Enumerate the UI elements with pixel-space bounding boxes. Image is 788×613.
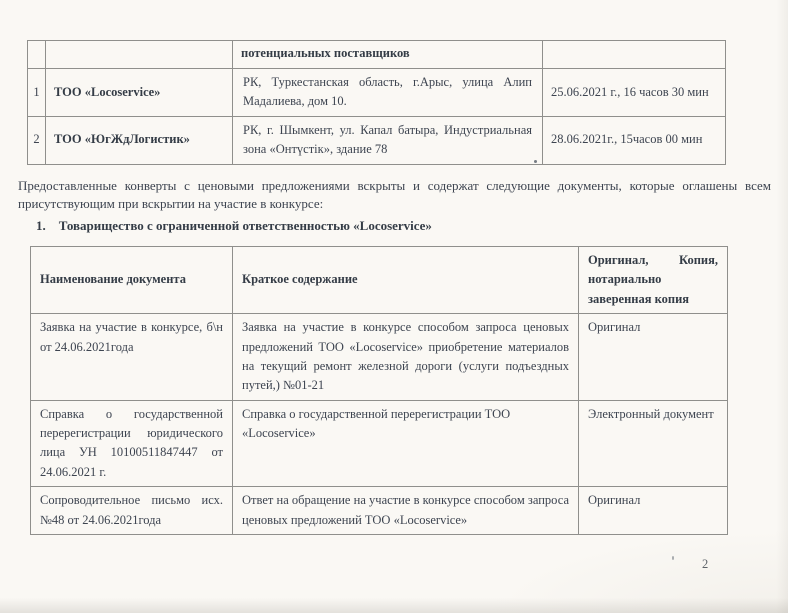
supplier-row-number: 2 xyxy=(28,116,46,164)
supplier-name: ТОО «ЮгЖдЛогистик» xyxy=(46,116,233,164)
documents-header-form: Оригинал, Копия, нотариально заверенная … xyxy=(579,247,728,314)
supplier-row: 2 ТОО «ЮгЖдЛогистик» РК, г. Шымкент, ул.… xyxy=(28,116,726,164)
supplier-address: РК, Туркестанская область, г.Арыс, улица… xyxy=(233,69,543,117)
documents-header-name: Наименование документа xyxy=(31,247,233,314)
documents-header-summary: Краткое содержание xyxy=(233,247,579,314)
document-row: Справка о государственной перерегистраци… xyxy=(31,400,728,487)
document-form: Оригинал xyxy=(579,314,728,401)
document-name: Сопроводительное письмо исх. №48 от 24.0… xyxy=(31,487,233,535)
document-row: Сопроводительное письмо исх. №48 от 24.0… xyxy=(31,487,728,535)
document-form: Оригинал xyxy=(579,487,728,535)
suppliers-table: потенциальных поставщиков 1 ТОО «Locoser… xyxy=(27,40,726,165)
suppliers-header-row: потенциальных поставщиков xyxy=(28,41,726,69)
supplier-address: РК, г. Шымкент, ул. Капал батыра, Индуст… xyxy=(233,116,543,164)
supplier-row-number: 1 xyxy=(28,69,46,117)
suppliers-header-datetime-cell xyxy=(543,41,726,69)
section-heading: 1.Товарищество с ограниченной ответствен… xyxy=(36,218,432,234)
scan-artifact-dot xyxy=(534,160,537,163)
scan-artifact-dot xyxy=(672,556,674,560)
documents-header-row: Наименование документа Краткое содержани… xyxy=(31,247,728,314)
supplier-datetime: 28.06.2021г., 15часов 00 мин xyxy=(543,116,726,164)
document-summary: Справка о государственной перерегистраци… xyxy=(233,400,579,487)
scanned-document-page: потенциальных поставщиков 1 ТОО «Locoser… xyxy=(0,0,788,613)
document-name: Заявка на участие в конкурсе, б\н от 24.… xyxy=(31,314,233,401)
document-summary: Заявка на участие в конкурсе способом за… xyxy=(233,314,579,401)
suppliers-header-num-cell xyxy=(28,41,46,69)
section-heading-number: 1. xyxy=(36,218,46,233)
document-summary: Ответ на обращение на участие в конкурсе… xyxy=(233,487,579,535)
document-row: Заявка на участие в конкурсе, б\н от 24.… xyxy=(31,314,728,401)
intro-paragraph: Предоставленные конверты с ценовыми пред… xyxy=(18,177,771,212)
supplier-name: ТОО «Locoservice» xyxy=(46,69,233,117)
page-number: 2 xyxy=(702,557,708,572)
suppliers-header-label: потенциальных поставщиков xyxy=(233,41,543,69)
supplier-row: 1 ТОО «Locoservice» РК, Туркестанская об… xyxy=(28,69,726,117)
section-heading-title: Товарищество с ограниченной ответственно… xyxy=(59,218,432,233)
documents-table: Наименование документа Краткое содержани… xyxy=(30,246,728,535)
document-name: Справка о государственной перерегистраци… xyxy=(31,400,233,487)
suppliers-header-name-cell xyxy=(46,41,233,69)
supplier-datetime: 25.06.2021 г., 16 часов 30 мин xyxy=(543,69,726,117)
document-form: Электронный документ xyxy=(579,400,728,487)
